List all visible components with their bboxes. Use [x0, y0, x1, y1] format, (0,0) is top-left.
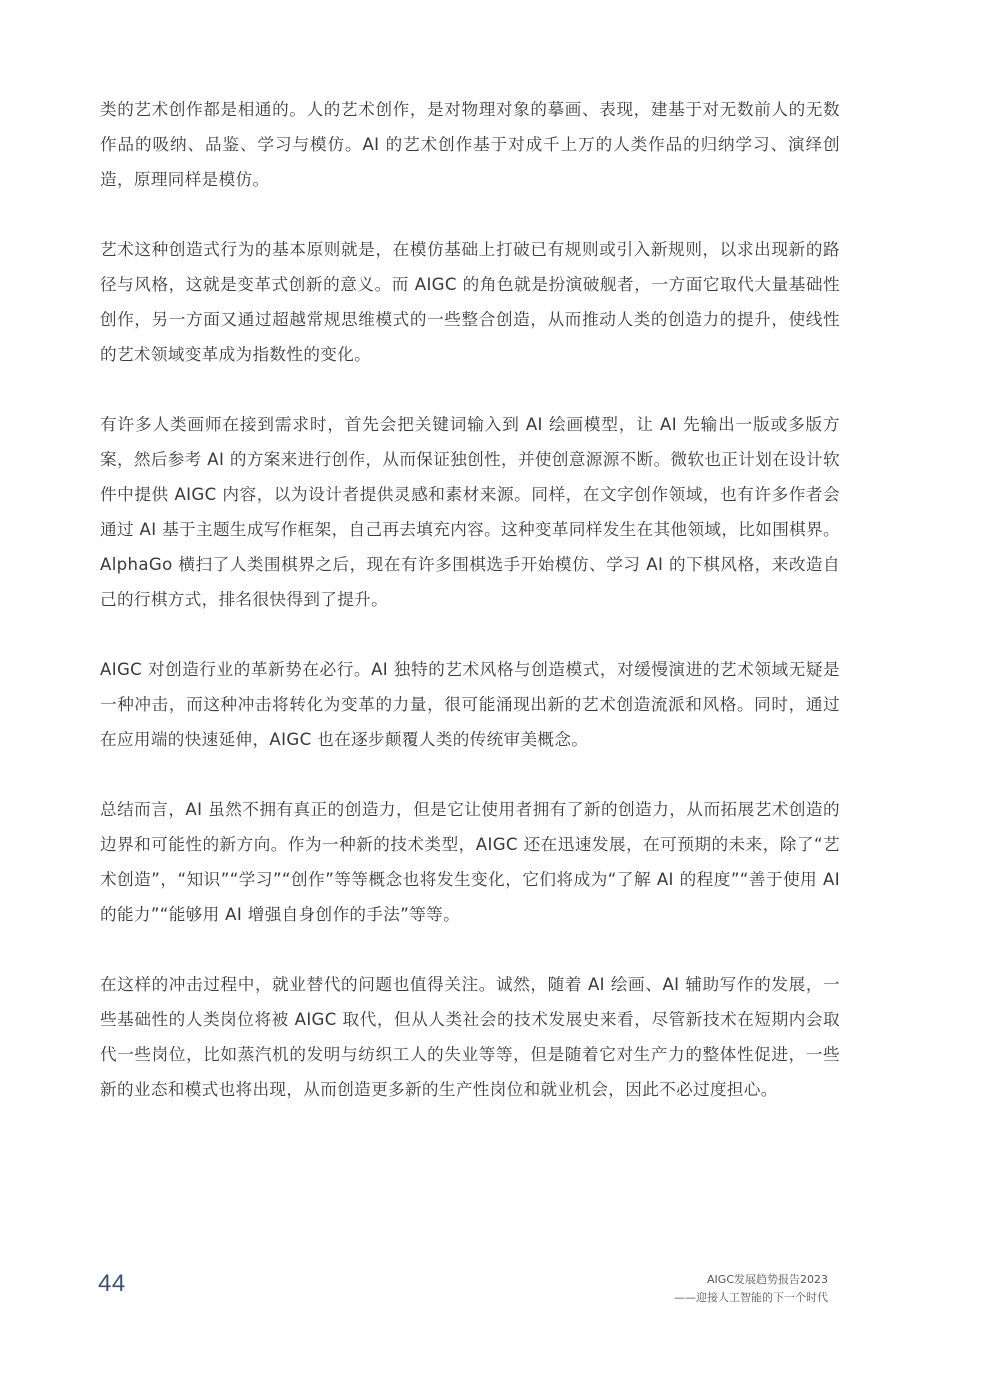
report-subtitle: ——迎接人工智能的下一个时代: [674, 1289, 828, 1307]
paragraph: 总结而言，AI 虽然不拥有真正的创造力，但是它让使用者拥有了新的创造力，从而拓展…: [100, 792, 840, 932]
running-footer: AIGC发展趋势报告2023 ——迎接人工智能的下一个时代: [674, 1271, 828, 1307]
page-number: 44: [98, 1270, 126, 1298]
paragraph: 类的艺术创作都是相通的。人的艺术创作，是对物理对象的摹画、表现，建基于对无数前人…: [100, 92, 840, 197]
paragraph: 在这样的冲击过程中，就业替代的问题也值得关注。诚然，随着 AI 绘画、AI 辅助…: [100, 967, 840, 1107]
paragraph: AIGC 对创造行业的革新势在必行。AI 独特的艺术风格与创造模式，对缓慢演进的…: [100, 652, 840, 757]
paragraph: 艺术这种创造式行为的基本原则就是，在模仿基础上打破已有规则或引入新规则，以求出现…: [100, 232, 840, 372]
paragraph: 有许多人类画师在接到需求时，首先会把关键词输入到 AI 绘画模型，让 AI 先输…: [100, 407, 840, 617]
report-title: AIGC发展趋势报告2023: [674, 1271, 828, 1289]
document-body: 类的艺术创作都是相通的。人的艺术创作，是对物理对象的摹画、表现，建基于对无数前人…: [100, 92, 840, 1107]
